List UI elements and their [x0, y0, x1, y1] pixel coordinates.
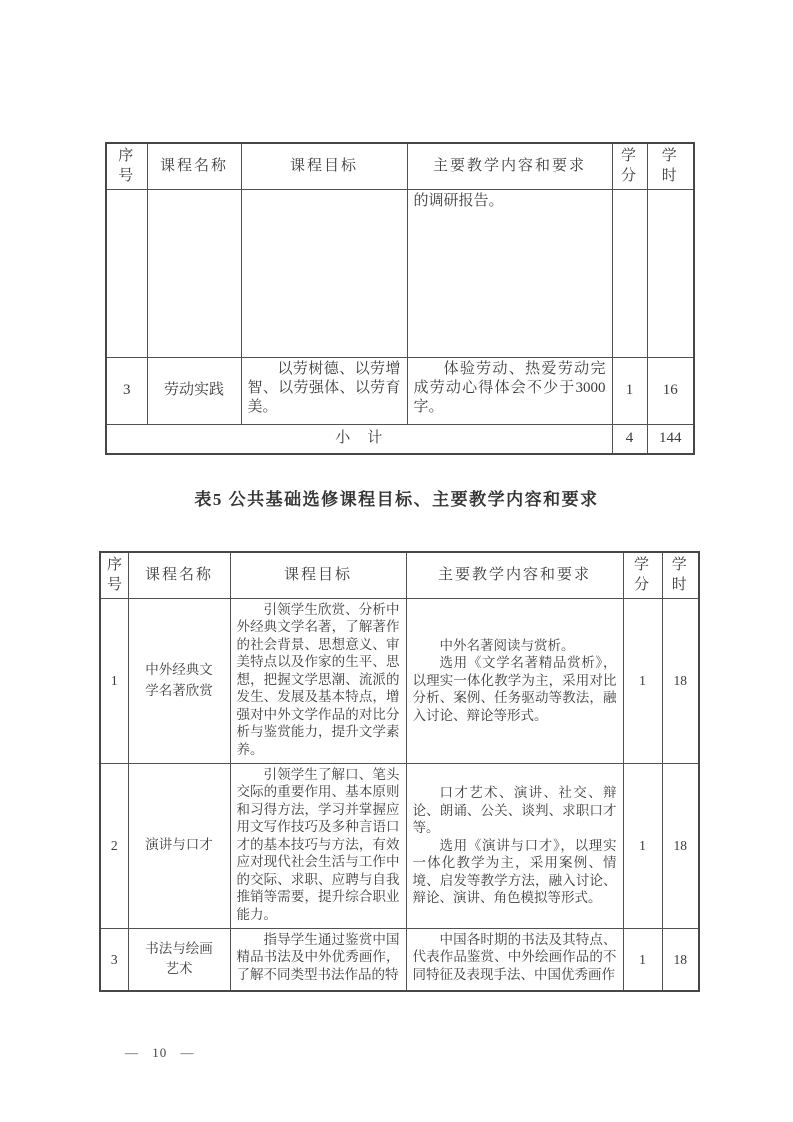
course-content-cell: 中国各时期的书法及其特点、代表作品鉴赏、中外绘画作品的不同特征及表现手法、中国优…	[406, 928, 623, 991]
course-no: 2	[100, 763, 128, 928]
course-hours: 18	[662, 928, 699, 991]
course-objective-cell: 以劳树德、以劳增智、以劳强体、以劳育美。	[241, 357, 407, 424]
course-content-cell: 体验劳动、热爱劳动完成劳动心得体会不少于3000字。	[407, 357, 612, 424]
course-content: 体验劳动、热爱劳动完成劳动心得体会不少于3000字。	[414, 360, 606, 417]
empty-cell	[106, 189, 147, 357]
course-credit: 1	[623, 928, 662, 991]
table5-header-row: 序 号 课程名称 课程目标 主要教学内容和要求 学 分 学 时	[100, 552, 699, 598]
empty-cell	[647, 189, 694, 357]
course-objective: 指导学生通过鉴赏中国精品书法及中外优秀画作，了解不同类型书法作品的特	[237, 931, 400, 984]
course-hours: 18	[662, 763, 699, 928]
course-no: 1	[100, 598, 128, 763]
table5-header-credit: 学 分	[623, 552, 662, 598]
table5-row-3: 3 书法与绘画 艺术 指导学生通过鉴赏中国精品书法及中外优秀画作，了解不同类型书…	[100, 928, 699, 991]
course-objective-cell: 引领学生了解口、笔头交际的重要作用、基本原则和习得方法，学习并掌握应用文写作技巧…	[230, 763, 406, 928]
course-name: 劳动实践	[147, 357, 241, 424]
course-content-cell: 中外名著阅读与赏析。 选用《文学名著精品赏析》，以理实一体化教学为主，采用对比分…	[406, 598, 623, 763]
course-hours: 18	[662, 598, 699, 763]
table5-electives: 序 号 课程名称 课程目标 主要教学内容和要求 学 分 学 时 1 中外经典文 …	[99, 551, 700, 992]
course-objective: 引领学生了解口、笔头交际的重要作用、基本原则和习得方法，学习并掌握应用文写作技巧…	[237, 766, 400, 924]
course-no: 3	[100, 928, 128, 991]
subtotal-credit: 4	[612, 424, 647, 454]
course-credit: 1	[623, 763, 662, 928]
course-objective: 以劳树德、以劳增智、以劳强体、以劳育美。	[248, 360, 401, 417]
course-content-paragraph: 中外名著阅读与赏析。	[413, 637, 617, 655]
table1-course-row: 3 劳动实践 以劳树德、以劳增智、以劳强体、以劳育美。 体验劳动、热爱劳动完成劳…	[106, 357, 694, 424]
course-hours: 16	[647, 357, 694, 424]
course-name: 演讲与口才	[128, 763, 230, 928]
table1-header-objective: 课程目标	[241, 143, 407, 189]
course-credit: 1	[612, 357, 647, 424]
continuation-text: 的调研报告。	[414, 192, 606, 211]
course-objective-cell: 引领学生欣赏、分析中外经典文学名著，了解著作的社会背景、思想意义、审美特点以及作…	[230, 598, 406, 763]
document-page: 序号 课程名称 课程目标 主要教学内容和要求 学 分 学 时 的调研报告。 3 …	[0, 0, 793, 1122]
table1-header-credit: 学 分	[612, 143, 647, 189]
subtotal-hours: 144	[647, 424, 694, 454]
table1-header-hours: 学 时	[647, 143, 694, 189]
course-name: 书法与绘画 艺术	[128, 928, 230, 991]
course-content-paragraph: 选用《演讲与口才》，以理实一体化教学为主，采用案例、情境、启发等教学方法，融入讨…	[413, 837, 617, 907]
table5-caption: 表5 公共基础选修课程目标、主要教学内容和要求	[0, 485, 793, 510]
course-content-paragraph: 中国各时期的书法及其特点、代表作品鉴赏、中外绘画作品的不同特征及表现手法、中国优…	[413, 931, 617, 984]
table5-row-2: 2 演讲与口才 引领学生了解口、笔头交际的重要作用、基本原则和习得方法，学习并掌…	[100, 763, 699, 928]
page-number: — 10 —	[125, 1045, 195, 1061]
empty-cell	[241, 189, 407, 357]
table1-continuation-cell: 的调研报告。	[407, 189, 612, 357]
table5-header-hours: 学 时	[662, 552, 699, 598]
table5-header-objective: 课程目标	[230, 552, 406, 598]
course-objective-cell: 指导学生通过鉴赏中国精品书法及中外优秀画作，了解不同类型书法作品的特	[230, 928, 406, 991]
course-content-paragraph: 选用《文学名著精品赏析》，以理实一体化教学为主，采用对比分析、案例、任务驱动等教…	[413, 654, 617, 724]
table1-subtotal-row: 小 计 4 144	[106, 424, 694, 454]
table5-row-1: 1 中外经典文 学名著欣赏 引领学生欣赏、分析中外经典文学名著，了解著作的社会背…	[100, 598, 699, 763]
table1-header-content: 主要教学内容和要求	[407, 143, 612, 189]
subtotal-label: 小 计	[106, 424, 612, 454]
empty-cell	[147, 189, 241, 357]
empty-cell	[612, 189, 647, 357]
table5-header-name: 课程名称	[128, 552, 230, 598]
course-content-paragraph: 口才艺术、演讲、社交、辩论、朗诵、公关、谈判、求职口才等。	[413, 784, 617, 837]
course-objective: 引领学生欣赏、分析中外经典文学名著，了解著作的社会背景、思想意义、审美特点以及作…	[237, 601, 400, 759]
table1-continuation-row: 的调研报告。	[106, 189, 694, 357]
course-content-cell: 口才艺术、演讲、社交、辩论、朗诵、公关、谈判、求职口才等。 选用《演讲与口才》，…	[406, 763, 623, 928]
top-table-continued: 序号 课程名称 课程目标 主要教学内容和要求 学 分 学 时 的调研报告。 3 …	[105, 142, 695, 455]
table5-header-content: 主要教学内容和要求	[406, 552, 623, 598]
table1-header-row: 序号 课程名称 课程目标 主要教学内容和要求 学 分 学 时	[106, 143, 694, 189]
table1-header-name: 课程名称	[147, 143, 241, 189]
course-credit: 1	[623, 598, 662, 763]
course-no: 3	[106, 357, 147, 424]
table1-header-no: 序号	[106, 143, 147, 189]
course-name: 中外经典文 学名著欣赏	[128, 598, 230, 763]
table5-header-no: 序 号	[100, 552, 128, 598]
